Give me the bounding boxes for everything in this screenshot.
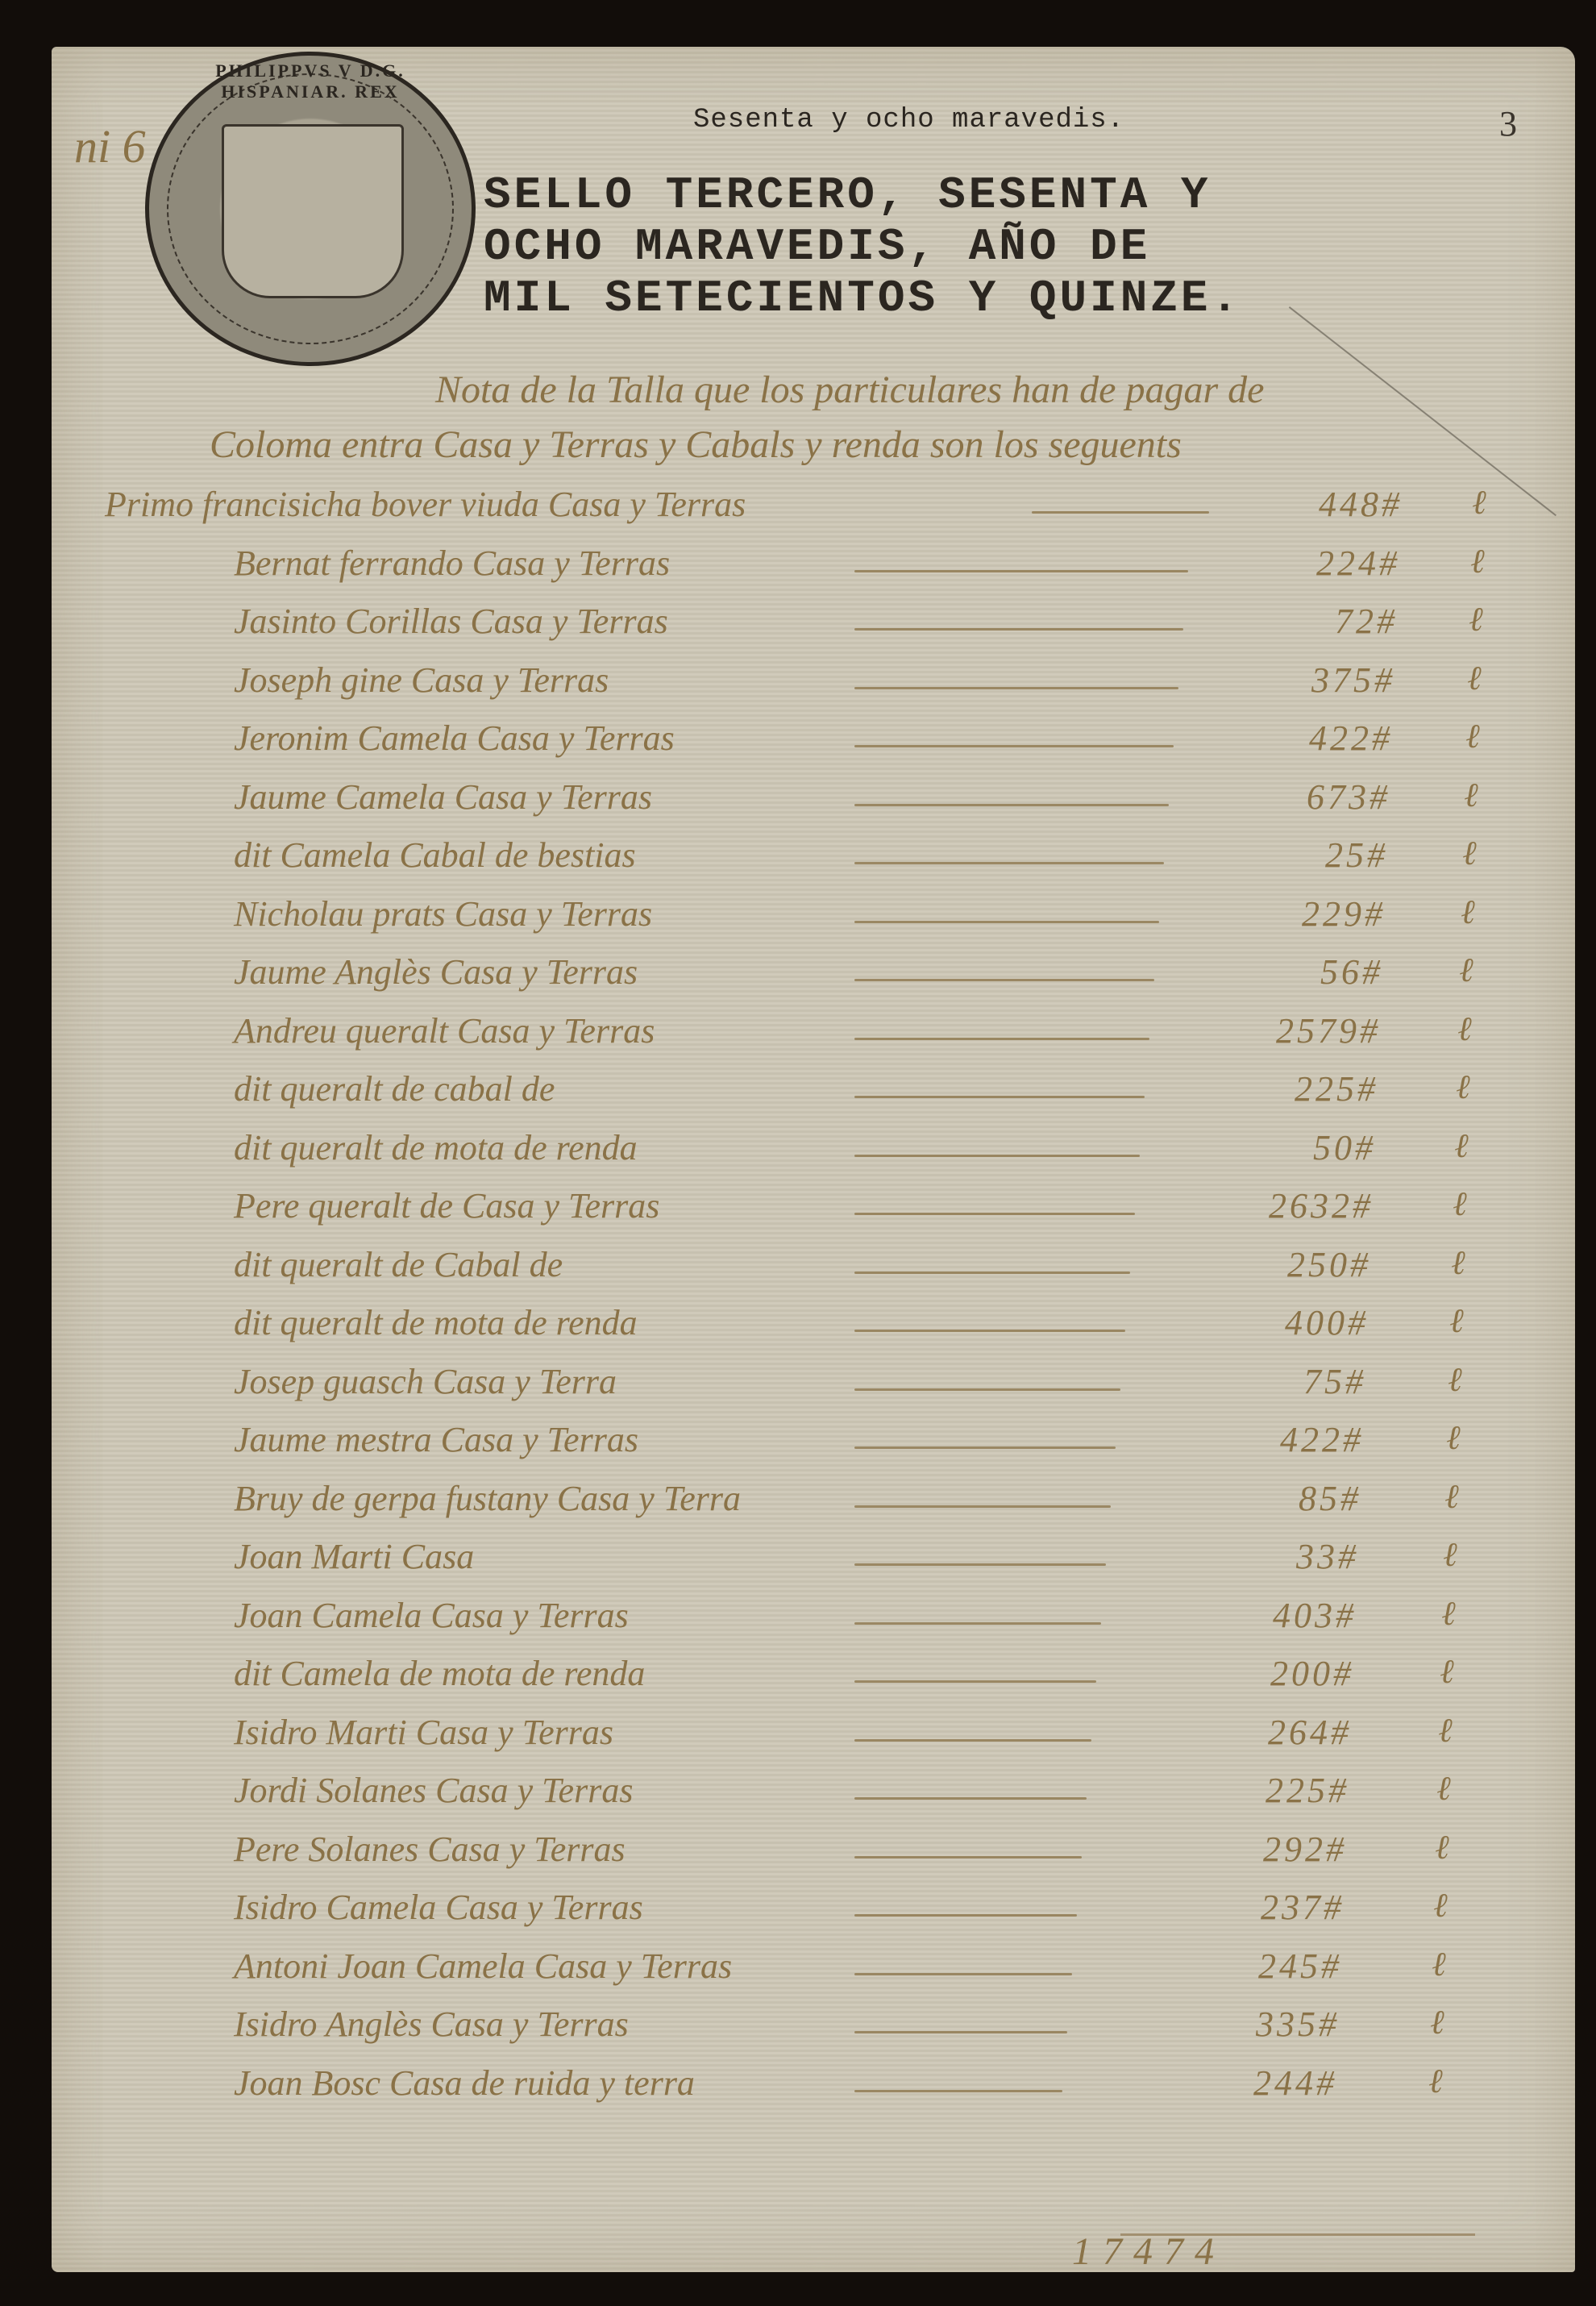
check-mark: ℓ bbox=[1440, 1302, 1473, 1341]
check-mark: ℓ bbox=[1461, 543, 1494, 581]
page-number: 3 bbox=[1499, 103, 1517, 144]
stamp-header: SELLO TERCERO, SESENTA YOCHO MARAVEDIS, … bbox=[484, 169, 1241, 324]
entry-amount: 448# bbox=[1193, 484, 1403, 525]
list-item: Joan Bosc Casa de ruida y terra244#ℓ bbox=[0, 2062, 1596, 2117]
leader-line bbox=[854, 1914, 1077, 1917]
document-heading: Nota de la Talla que los particulares ha… bbox=[435, 363, 1548, 472]
entry-amount: 673# bbox=[1181, 776, 1390, 818]
list-item: Joseph gine Casa y Terras375#ℓ bbox=[0, 660, 1596, 714]
entry-name: Jordi Solanes Casa y Terras bbox=[234, 1770, 633, 1811]
entry-name: Jaume mestra Casa y Terras bbox=[234, 1419, 638, 1460]
leader-line bbox=[854, 862, 1164, 864]
entry-amount: 2632# bbox=[1164, 1185, 1374, 1226]
leader-line bbox=[854, 1096, 1145, 1098]
entry-name: dit queralt de mota de renda bbox=[234, 1127, 638, 1168]
entry-amount: 224# bbox=[1191, 543, 1400, 584]
entry-amount: 50# bbox=[1166, 1127, 1376, 1168]
check-mark: ℓ bbox=[1457, 718, 1489, 756]
entry-name: Andreu queralt Casa y Terras bbox=[234, 1010, 655, 1051]
leader-line bbox=[854, 1505, 1111, 1508]
stamp-header-line: OCHO MARAVEDIS, AÑO DE bbox=[484, 221, 1241, 273]
entry-name: Josep guasch Casa y Terra bbox=[234, 1361, 617, 1402]
coat-of-arms-icon bbox=[222, 124, 404, 298]
entry-name: Isidro Anglès Casa y Terras bbox=[234, 2004, 629, 2045]
check-mark: ℓ bbox=[1445, 1127, 1478, 1166]
check-mark: ℓ bbox=[1455, 776, 1487, 815]
list-item: Isidro Marti Casa y Terras264#ℓ bbox=[0, 1712, 1596, 1767]
royal-seal-stamp: PHILIPPVS V D.G. HISPANIAR. REX bbox=[145, 52, 476, 366]
leader-line bbox=[854, 745, 1174, 747]
entry-amount: 403# bbox=[1147, 1595, 1357, 1636]
leader-line bbox=[854, 1330, 1125, 1332]
list-item: dit queralt de mota de renda50#ℓ bbox=[0, 1127, 1596, 1182]
check-mark: ℓ bbox=[1444, 1185, 1476, 1224]
check-mark: ℓ bbox=[1428, 1770, 1460, 1809]
entry-name: Isidro Camela Casa y Terras bbox=[234, 1887, 643, 1928]
leader-line bbox=[854, 1622, 1101, 1625]
leader-line bbox=[854, 1680, 1096, 1683]
check-mark: ℓ bbox=[1463, 484, 1495, 522]
leader-line bbox=[854, 1388, 1120, 1391]
list-item: dit Camela de mota de renda200#ℓ bbox=[0, 1653, 1596, 1708]
list-item: dit queralt de mota de renda400#ℓ bbox=[0, 1302, 1596, 1357]
entry-name: dit queralt de Cabal de bbox=[234, 1244, 563, 1285]
leader-line bbox=[854, 628, 1183, 631]
entry-amount: 375# bbox=[1186, 660, 1395, 701]
leader-line bbox=[854, 1272, 1130, 1274]
check-mark: ℓ bbox=[1460, 601, 1492, 639]
list-item: Pere Solanes Casa y Terras292#ℓ bbox=[0, 1829, 1596, 1884]
leader-line bbox=[854, 1563, 1106, 1566]
leader-line bbox=[854, 1038, 1149, 1040]
entry-amount: 292# bbox=[1137, 1829, 1347, 1870]
stamp-header-line: MIL SETECIENTOS Y QUINZE. bbox=[484, 273, 1241, 324]
entry-name: Pere Solanes Casa y Terras bbox=[234, 1829, 626, 1870]
entry-amount: 225# bbox=[1169, 1068, 1378, 1109]
entry-amount: 33# bbox=[1149, 1536, 1359, 1577]
entry-amount: 200# bbox=[1145, 1653, 1354, 1694]
check-mark: ℓ bbox=[1431, 1653, 1463, 1692]
entry-name: Pere queralt de Casa y Terras bbox=[234, 1185, 659, 1226]
check-mark: ℓ bbox=[1437, 1419, 1469, 1458]
leader-line bbox=[854, 570, 1188, 572]
leader-line bbox=[854, 1155, 1140, 1157]
entry-amount: 56# bbox=[1174, 951, 1383, 993]
entry-name: Joan Bosc Casa de ruida y terra bbox=[234, 2062, 695, 2104]
entry-amount: 264# bbox=[1142, 1712, 1352, 1753]
check-mark: ℓ bbox=[1429, 1712, 1461, 1750]
leader-line bbox=[854, 1213, 1135, 1215]
entry-amount: 85# bbox=[1152, 1478, 1361, 1519]
entry-name: Jeronim Camela Casa y Terras bbox=[234, 718, 675, 759]
leader-line bbox=[854, 2031, 1067, 2033]
list-item: Bernat ferrando Casa y Terras224#ℓ bbox=[0, 543, 1596, 597]
list-item: Nicholau prats Casa y Terras229#ℓ bbox=[0, 893, 1596, 948]
leader-line bbox=[854, 1973, 1072, 1975]
entry-name: Jaume Anglès Casa y Terras bbox=[234, 951, 638, 993]
leader-line bbox=[854, 1856, 1082, 1859]
entry-amount: 72# bbox=[1188, 601, 1398, 642]
check-mark: ℓ bbox=[1432, 1595, 1465, 1634]
check-mark: ℓ bbox=[1439, 1361, 1471, 1400]
check-mark: ℓ bbox=[1442, 1244, 1474, 1283]
leader-line bbox=[854, 921, 1159, 923]
entry-amount: 225# bbox=[1140, 1770, 1349, 1811]
seal-legend: PHILIPPVS V D.G. HISPANIAR. REX bbox=[149, 60, 472, 102]
stamp-header-line: SELLO TERCERO, SESENTA Y bbox=[484, 169, 1241, 221]
entry-name: Joan Camela Casa y Terras bbox=[234, 1595, 629, 1636]
check-mark: ℓ bbox=[1436, 1478, 1468, 1517]
entry-name: dit queralt de mota de renda bbox=[234, 1302, 638, 1343]
entry-amount: 229# bbox=[1176, 893, 1386, 934]
check-mark: ℓ bbox=[1452, 893, 1484, 932]
leader-line bbox=[854, 2090, 1062, 2092]
list-item: Jaume Camela Casa y Terras673#ℓ bbox=[0, 776, 1596, 831]
entry-name: Nicholau prats Casa y Terras bbox=[234, 893, 652, 934]
entry-name: Bernat ferrando Casa y Terras bbox=[234, 543, 670, 584]
entry-amount: 25# bbox=[1178, 835, 1388, 876]
entry-name: Primo francisicha bover viuda Casa y Ter… bbox=[105, 484, 746, 525]
list-item: Isidro Camela Casa y Terras237#ℓ bbox=[0, 1887, 1596, 1942]
entry-amount: 2579# bbox=[1171, 1010, 1381, 1051]
list-item: Isidro Anglès Casa y Terras335#ℓ bbox=[0, 2004, 1596, 2058]
leader-line bbox=[854, 1739, 1091, 1742]
leader-line bbox=[854, 687, 1178, 689]
entry-name: Isidro Marti Casa y Terras bbox=[234, 1712, 613, 1753]
entry-amount: 75# bbox=[1157, 1361, 1366, 1402]
leader-line bbox=[854, 804, 1169, 806]
list-item: Primo francisicha bover viuda Casa y Ter… bbox=[0, 484, 1596, 539]
check-mark: ℓ bbox=[1450, 951, 1482, 990]
check-mark: ℓ bbox=[1447, 1068, 1479, 1107]
list-item: Pere queralt de Casa y Terras2632#ℓ bbox=[0, 1185, 1596, 1240]
check-mark: ℓ bbox=[1426, 1829, 1458, 1867]
list-item: Jasinto Corillas Casa y Terras72#ℓ bbox=[0, 601, 1596, 656]
entry-name: Jaume Camela Casa y Terras bbox=[234, 776, 652, 818]
stamp-price-line: Sesenta y ocho maravedis. bbox=[693, 105, 1124, 135]
entry-name: Antoni Joan Camela Casa y Terras bbox=[234, 1946, 732, 1987]
entry-amount: 422# bbox=[1183, 718, 1393, 759]
list-item: Jeronim Camela Casa y Terras422#ℓ bbox=[0, 718, 1596, 772]
list-item: dit queralt de cabal de225#ℓ bbox=[0, 1068, 1596, 1123]
check-mark: ℓ bbox=[1423, 1946, 1455, 1984]
list-item: dit queralt de Cabal de250#ℓ bbox=[0, 1244, 1596, 1299]
list-item: dit Camela Cabal de bestias25#ℓ bbox=[0, 835, 1596, 889]
list-item: Jordi Solanes Casa y Terras225#ℓ bbox=[0, 1770, 1596, 1825]
heading-line: Nota de la Talla que los particulares ha… bbox=[435, 363, 1548, 418]
check-mark: ℓ bbox=[1419, 2062, 1452, 2101]
check-mark: ℓ bbox=[1448, 1010, 1481, 1049]
entry-amount: 244# bbox=[1128, 2062, 1337, 2104]
entry-name: Joseph gine Casa y Terras bbox=[234, 660, 609, 701]
leader-line bbox=[854, 979, 1154, 981]
check-mark: ℓ bbox=[1434, 1536, 1466, 1575]
check-mark: ℓ bbox=[1421, 2004, 1453, 2042]
list-item: Jaume Anglès Casa y Terras56#ℓ bbox=[0, 951, 1596, 1006]
total-amount: 17474 bbox=[1072, 2229, 1225, 2274]
list-item: Joan Marti Casa33#ℓ bbox=[0, 1536, 1596, 1591]
entry-amount: 245# bbox=[1133, 1946, 1342, 1987]
list-item: Antoni Joan Camela Casa y Terras245#ℓ bbox=[0, 1946, 1596, 2000]
leader-line bbox=[1032, 511, 1209, 514]
check-mark: ℓ bbox=[1453, 835, 1486, 873]
check-mark: ℓ bbox=[1424, 1887, 1457, 1925]
leader-line bbox=[854, 1797, 1087, 1800]
entry-name: dit queralt de cabal de bbox=[234, 1068, 555, 1109]
list-item: Jaume mestra Casa y Terras422#ℓ bbox=[0, 1419, 1596, 1474]
check-mark: ℓ bbox=[1458, 660, 1490, 698]
entry-amount: 237# bbox=[1135, 1887, 1345, 1928]
entry-amount: 400# bbox=[1159, 1302, 1369, 1343]
leader-line bbox=[854, 1446, 1116, 1449]
heading-line: Coloma entra Casa y Terras y Cabals y re… bbox=[210, 418, 1548, 472]
entry-name: Joan Marti Casa bbox=[234, 1536, 474, 1577]
entry-name: Jasinto Corillas Casa y Terras bbox=[234, 601, 668, 642]
entry-amount: 250# bbox=[1162, 1244, 1371, 1285]
entry-amount: 422# bbox=[1154, 1419, 1364, 1460]
entry-name: dit Camela Cabal de bestias bbox=[234, 835, 636, 876]
list-item: Bruy de gerpa fustany Casa y Terra85#ℓ bbox=[0, 1478, 1596, 1533]
list-item: Andreu queralt Casa y Terras2579#ℓ bbox=[0, 1010, 1596, 1065]
margin-note: ni 6 bbox=[74, 119, 146, 173]
list-item: Joan Camela Casa y Terras403#ℓ bbox=[0, 1595, 1596, 1650]
list-item: Josep guasch Casa y Terra75#ℓ bbox=[0, 1361, 1596, 1416]
entry-name: Bruy de gerpa fustany Casa y Terra bbox=[234, 1478, 741, 1519]
entry-amount: 335# bbox=[1130, 2004, 1340, 2045]
entry-name: dit Camela de mota de renda bbox=[234, 1653, 645, 1694]
